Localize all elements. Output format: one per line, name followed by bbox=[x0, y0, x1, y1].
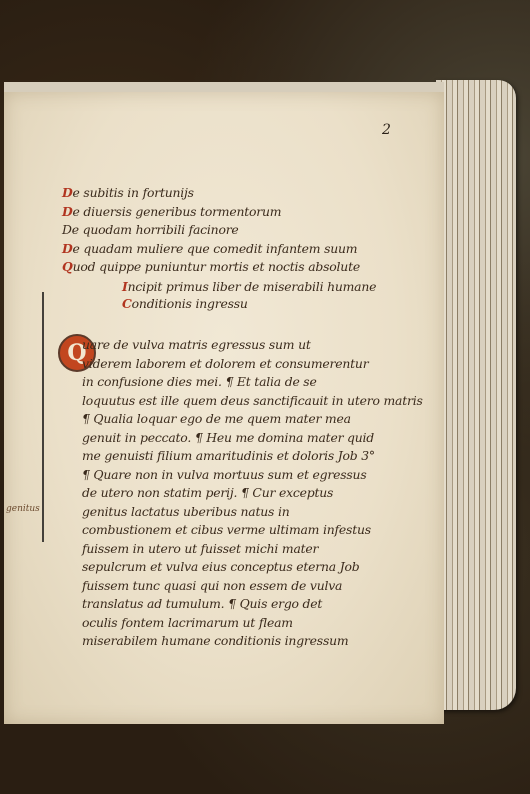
toc-line: De quodam horribili facinore bbox=[62, 221, 360, 240]
incipit-line: Incipit primus liber de miserabili human… bbox=[122, 278, 376, 295]
text-line: combustionem et cibus verme ultimam infe… bbox=[82, 521, 423, 540]
text-line: translatus ad tumulum. ¶ Quis ergo det bbox=[82, 595, 423, 614]
text-line: oculis fontem lacrimarum ut fleam bbox=[82, 614, 423, 633]
text-line: ¶ Quare non in vulva mortuus sum et egre… bbox=[82, 466, 423, 485]
body-text: uare de vulva matris egressus sum ut vid… bbox=[82, 336, 423, 651]
text-line: genitus lactatus uberibus natus in bbox=[82, 503, 423, 522]
text-line: fuissem tunc quasi qui non essem de vulv… bbox=[82, 577, 423, 596]
folio-number: 2 bbox=[382, 122, 391, 138]
manuscript-page: 2 De subitis in fortunijs De diuersis ge… bbox=[4, 82, 444, 724]
text-line: me genuisti filium amaritudinis et dolor… bbox=[82, 447, 423, 466]
text-line: fuissem in utero ut fuisset michi mater bbox=[82, 540, 423, 559]
toc-line: De quadam muliere que comedit infantem s… bbox=[62, 240, 360, 259]
text-line: de utero non statim perij. ¶ Cur exceptu… bbox=[82, 484, 423, 503]
text-line: in confusione dies mei. ¶ Et talia de se bbox=[82, 373, 423, 392]
text-line: genuit in peccato. ¶ Heu me domina mater… bbox=[82, 429, 423, 448]
text-line: ¶ Qualia loquar ego de me quem mater mea bbox=[82, 410, 423, 429]
table-of-contents: De subitis in fortunijs De diuersis gene… bbox=[62, 184, 360, 277]
text-line: sepulcrum et vulva eius conceptus eterna… bbox=[82, 558, 423, 577]
marginal-flourish bbox=[42, 292, 68, 542]
text-line: miserabilem humane conditionis ingressum bbox=[82, 632, 423, 651]
incipit-line: Conditionis ingressu bbox=[122, 295, 376, 312]
margin-note: genitus bbox=[6, 504, 40, 514]
toc-line: De subitis in fortunijs bbox=[62, 184, 360, 203]
toc-line: Quod quippe puniuntur mortis et noctis a… bbox=[62, 258, 360, 277]
text-line: uare de vulva matris egressus sum ut bbox=[82, 336, 423, 355]
book-fore-edge bbox=[436, 80, 516, 710]
incipit: Incipit primus liber de miserabili human… bbox=[122, 278, 376, 312]
toc-line: De diuersis generibus tormentorum bbox=[62, 203, 360, 222]
text-line: viderem laborem et dolorem et consumeren… bbox=[82, 355, 423, 374]
text-line: loquutus est ille quem deus sanctificaui… bbox=[82, 392, 423, 411]
